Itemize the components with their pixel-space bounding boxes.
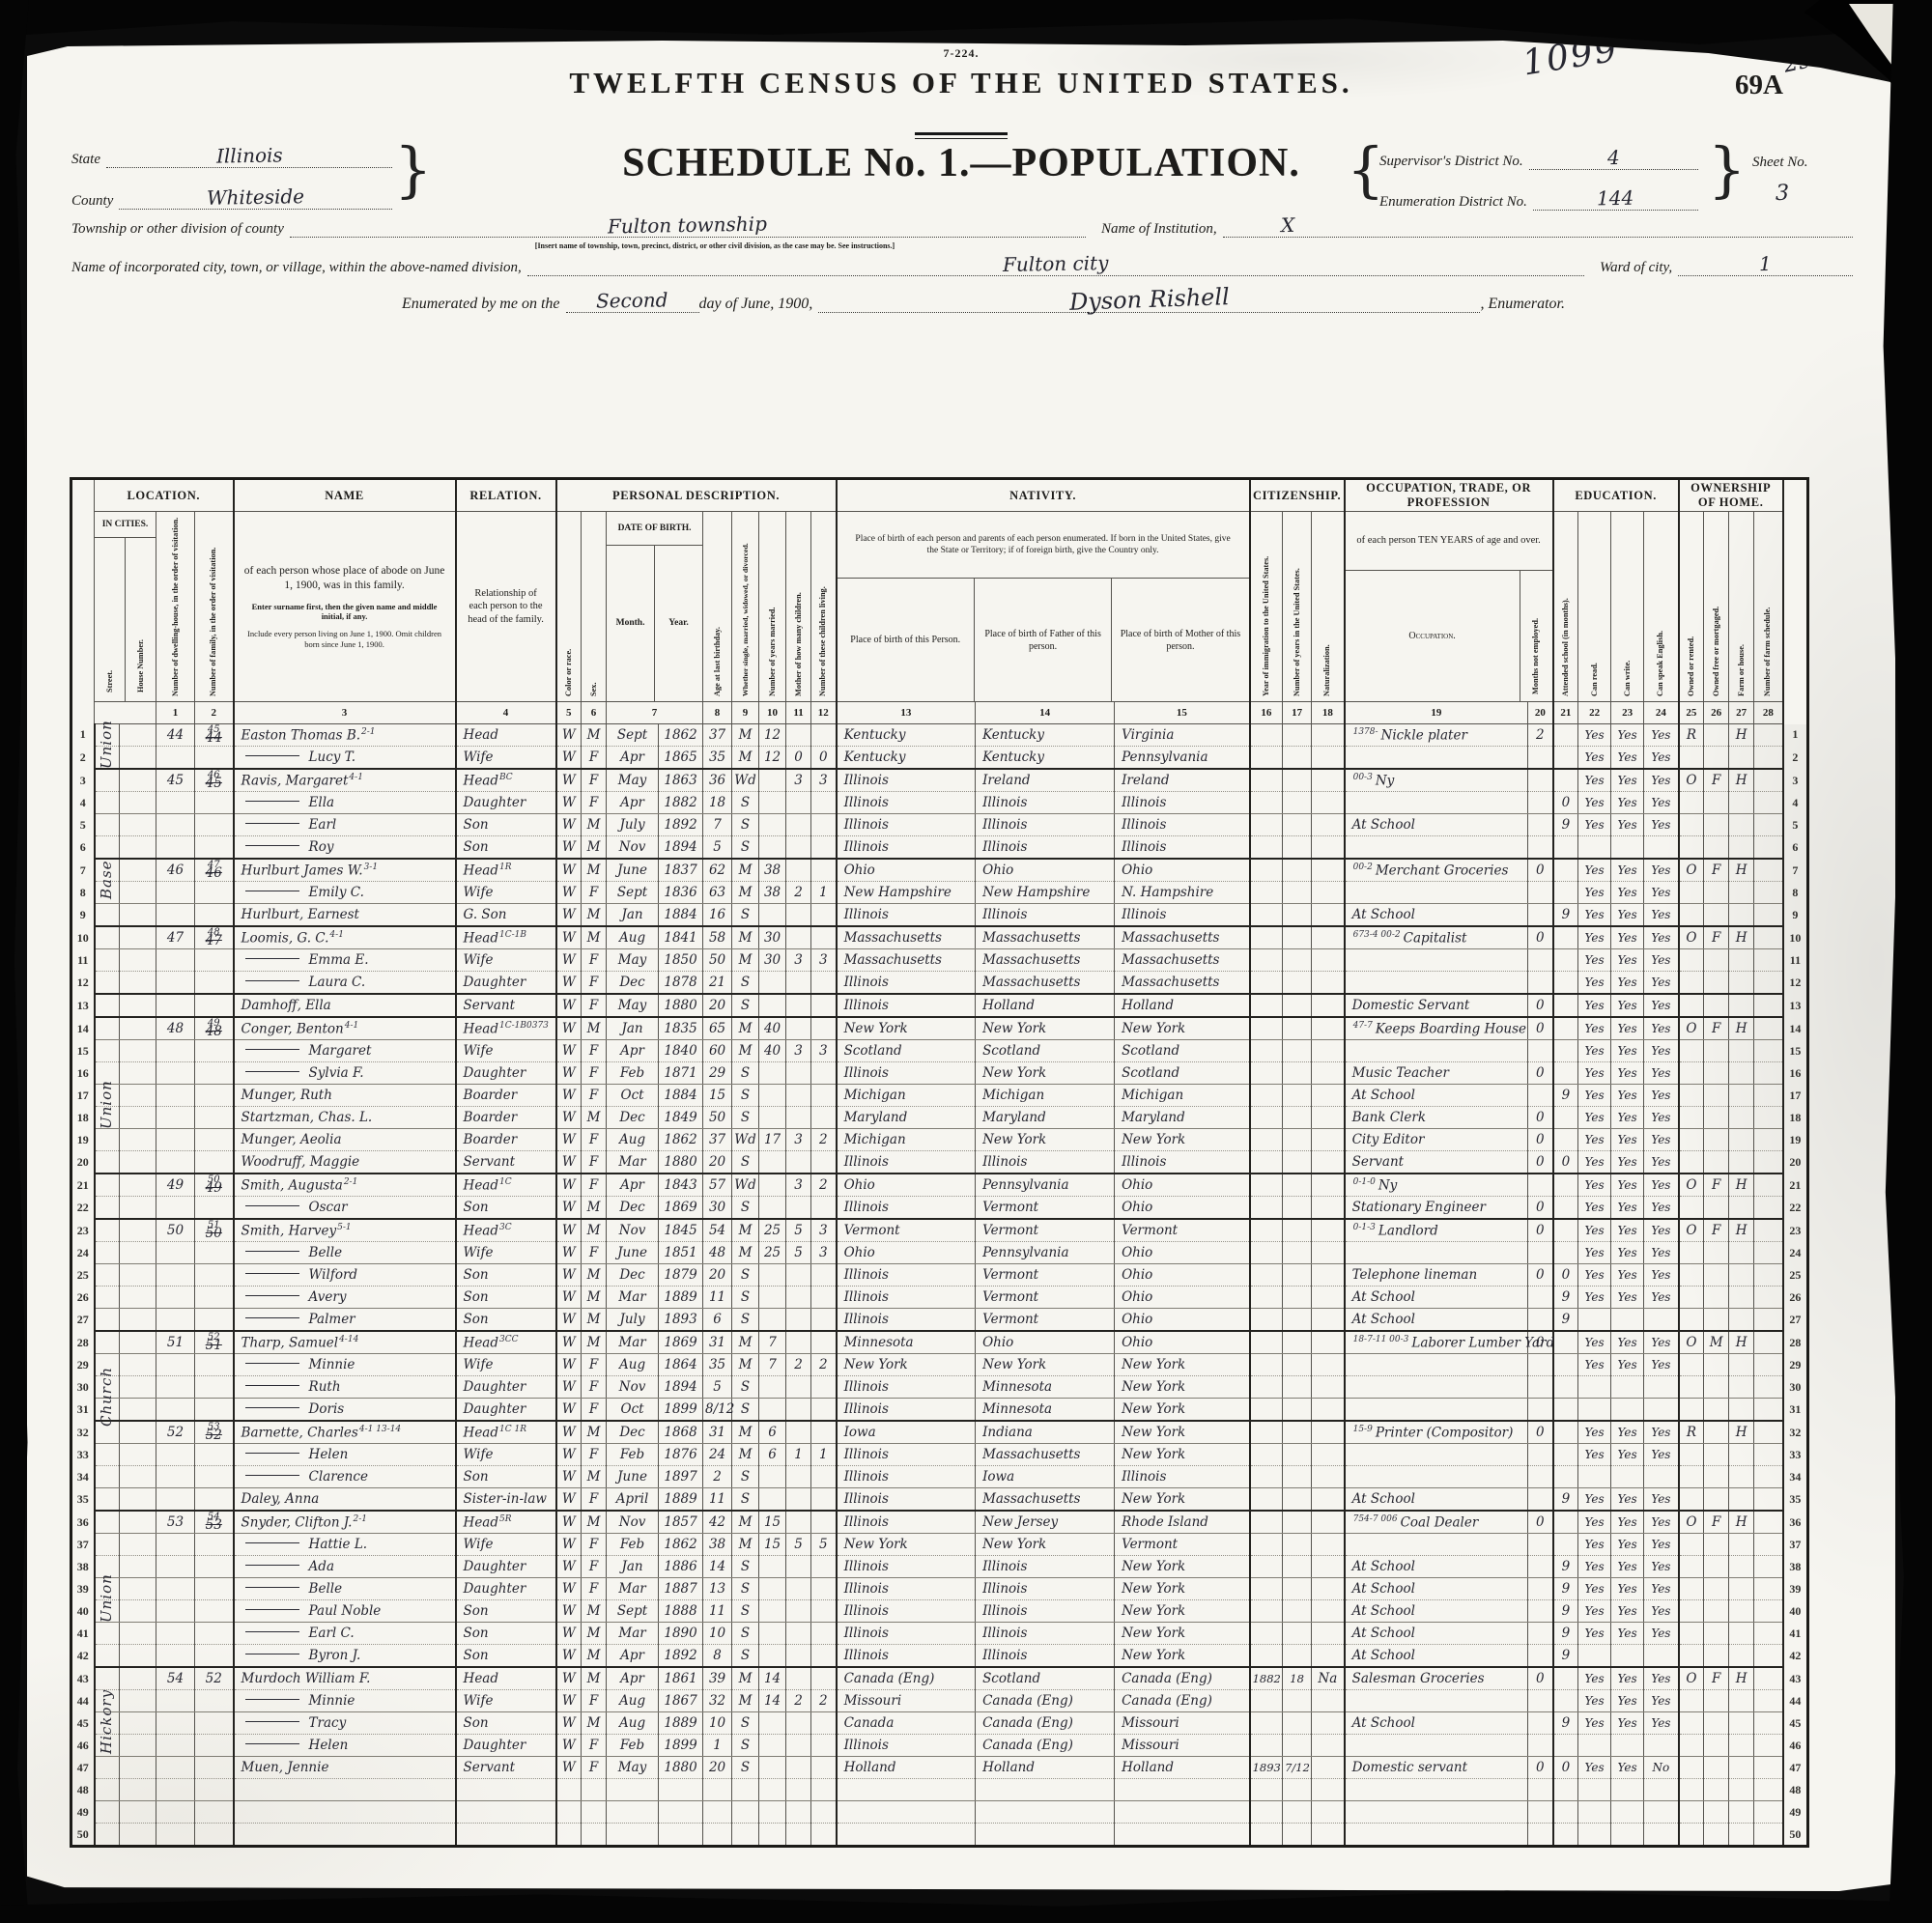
cell-birthplace-person: Scotland bbox=[837, 1040, 976, 1062]
cell-mother-of-children bbox=[786, 1623, 811, 1645]
cell-color-race: W bbox=[556, 769, 582, 792]
cell-row-number-left: 47 bbox=[71, 1757, 95, 1779]
cell-row-number-left: 38 bbox=[71, 1556, 95, 1578]
cell-birthplace-father: Vermont bbox=[976, 1219, 1115, 1242]
cell-family-number bbox=[195, 1264, 234, 1287]
cell-sex: M bbox=[582, 1421, 607, 1444]
cell-attended-school bbox=[1553, 1376, 1578, 1399]
cell-row-number-right: 14 bbox=[1783, 1017, 1808, 1040]
cell-dwelling-number bbox=[156, 1354, 195, 1376]
cell-farm-or-house bbox=[1729, 1242, 1754, 1264]
cell-can-write: Yes bbox=[1611, 904, 1644, 927]
cell-naturalization bbox=[1312, 1287, 1345, 1309]
cell-immigration-year bbox=[1250, 1824, 1283, 1847]
cell-birth-month: Apr bbox=[607, 1040, 659, 1062]
cell-age bbox=[703, 1779, 732, 1801]
cell-years-in-us bbox=[1283, 1466, 1312, 1488]
cell-years-married bbox=[759, 769, 786, 792]
cell-house-number bbox=[120, 926, 156, 949]
cell-children-living bbox=[811, 1197, 837, 1220]
cell-owned-free-mortgaged bbox=[1704, 1757, 1729, 1779]
cell-attended-school bbox=[1553, 1174, 1578, 1197]
cell-occupation bbox=[1345, 882, 1528, 904]
cell-name: Tharp, Samuel4-14 bbox=[234, 1331, 456, 1354]
cell-age: 14 bbox=[703, 1556, 732, 1578]
cell-birth-year: 1879 bbox=[659, 1264, 703, 1287]
empty-row-49: 4949 bbox=[71, 1801, 1808, 1824]
cell-row-number-right: 19 bbox=[1783, 1129, 1808, 1151]
cell-sex: M bbox=[582, 859, 607, 882]
cell-can-write: Yes bbox=[1611, 1219, 1644, 1242]
cell-years-in-us bbox=[1283, 724, 1312, 747]
cell-relation: Head5R bbox=[456, 1511, 556, 1534]
cell-house-number bbox=[120, 836, 156, 860]
cell-relation: Son bbox=[456, 1466, 556, 1488]
cell-occupation: At School bbox=[1345, 1488, 1528, 1512]
cell-name: Emma E. bbox=[234, 949, 456, 972]
cell-marital-status bbox=[732, 1801, 759, 1824]
ditto-dash bbox=[245, 755, 299, 756]
cell-birthplace-father: Canada (Eng) bbox=[976, 1735, 1115, 1757]
cell-attended-school: 9 bbox=[1553, 1287, 1578, 1309]
brace-glyph: } bbox=[1708, 141, 1746, 199]
cell-naturalization bbox=[1312, 994, 1345, 1017]
colnum-8: 8 bbox=[703, 702, 732, 724]
cell-street-cell bbox=[95, 1197, 120, 1220]
cell-immigration-year bbox=[1250, 1556, 1283, 1578]
cell-months-not-employed bbox=[1528, 1174, 1553, 1197]
person-row-33: 33HelenWifeWFFeb187624M611IllinoisMassac… bbox=[71, 1444, 1808, 1466]
cell-owned-rented bbox=[1679, 994, 1704, 1017]
cell-birthplace-person: Illinois bbox=[837, 1264, 976, 1287]
cell-row-number-left: 36 bbox=[71, 1511, 95, 1534]
cell-birthplace-father: Massachusetts bbox=[976, 1444, 1115, 1466]
cell-can-read: Yes bbox=[1578, 1107, 1611, 1129]
cell-birth-month: Dec bbox=[607, 1421, 659, 1444]
cell-can-speak-english: Yes bbox=[1644, 1354, 1679, 1376]
cell-can-read: Yes bbox=[1578, 1219, 1611, 1242]
page-title: TWELFTH CENSUS OF THE UNITED STATES. bbox=[27, 67, 1895, 99]
cell-sex: M bbox=[582, 1309, 607, 1332]
cell-immigration-year bbox=[1250, 949, 1283, 972]
cell-mother-of-children: 3 bbox=[786, 1040, 811, 1062]
cell-farm-or-house: H bbox=[1729, 1017, 1754, 1040]
colnum-4: 4 bbox=[456, 702, 556, 724]
cell-name: Smith, Augusta2-1 bbox=[234, 1174, 456, 1197]
cell-attended-school: 0 bbox=[1553, 792, 1578, 814]
cell-relation: Daughter bbox=[456, 1578, 556, 1600]
cell-years-in-us: 18 bbox=[1283, 1667, 1312, 1690]
cell-owned-free-mortgaged bbox=[1704, 1107, 1729, 1129]
cell-children-living bbox=[811, 1466, 837, 1488]
cell-attended-school bbox=[1553, 747, 1578, 770]
cell-attended-school bbox=[1553, 859, 1578, 882]
cell-house-number bbox=[120, 1623, 156, 1645]
cell-color-race: W bbox=[556, 1712, 582, 1735]
colnum-7: 7 bbox=[607, 702, 703, 724]
cell-can-speak-english: Yes bbox=[1644, 769, 1679, 792]
cell-relation: Wife bbox=[456, 747, 556, 770]
enumerated-by-field: Enumerated by me on the Second day of Ju… bbox=[402, 292, 1571, 313]
person-row-6: 6RoySonWMNov18945SIllinoisIllinoisIllino… bbox=[71, 836, 1808, 860]
cell-birth-month bbox=[607, 1801, 659, 1824]
cell-can-write bbox=[1611, 1376, 1644, 1399]
name-note-1: Enter surname first, then the given name… bbox=[244, 602, 445, 622]
person-row-5: 5EarlSonWMJuly18927SIllinoisIllinoisIlli… bbox=[71, 814, 1808, 836]
street-name-union: Union bbox=[94, 1016, 119, 1194]
cell-birthplace-mother: Ohio bbox=[1115, 1331, 1250, 1354]
cell-farm-or-house: H bbox=[1729, 1174, 1754, 1197]
cell-owned-rented bbox=[1679, 1040, 1704, 1062]
cell-birth-month: May bbox=[607, 769, 659, 792]
cell-row-number-left: 20 bbox=[71, 1151, 95, 1174]
person-row-43: 435452Murdoch William F.HeadWMApr186139M… bbox=[71, 1667, 1808, 1690]
cell-family-number: 5251 bbox=[195, 1331, 234, 1354]
cell-family-number bbox=[195, 1600, 234, 1623]
cell-birthplace-mother: New York bbox=[1115, 1623, 1250, 1645]
cell-owned-rented: O bbox=[1679, 1511, 1704, 1534]
cell-color-race: W bbox=[556, 1444, 582, 1466]
street-name-church: Church bbox=[94, 1330, 119, 1463]
cell-farm-or-house bbox=[1729, 1085, 1754, 1107]
cell-can-write: Yes bbox=[1611, 1354, 1644, 1376]
county-value: Whiteside bbox=[207, 189, 304, 205]
cell-farm-schedule bbox=[1754, 1107, 1783, 1129]
naturalization-column-label: Naturalization. bbox=[1312, 512, 1345, 702]
cell-months-not-employed: 0 bbox=[1528, 1017, 1553, 1040]
cell-street-cell bbox=[95, 1824, 120, 1847]
cell-name: Loomis, G. C.4-1 bbox=[234, 926, 456, 949]
cell-birthplace-father: Illinois bbox=[976, 1556, 1115, 1578]
cell-owned-rented bbox=[1679, 1556, 1704, 1578]
cell-can-speak-english: Yes bbox=[1644, 792, 1679, 814]
cell-age: 8/12 bbox=[703, 1399, 732, 1422]
person-row-41: 41Earl C.SonWMMar189010SIllinoisIllinois… bbox=[71, 1623, 1808, 1645]
cell-owned-rented: O bbox=[1679, 1667, 1704, 1690]
cell-color-race: W bbox=[556, 1578, 582, 1600]
cell-relation: Boarder bbox=[456, 1129, 556, 1151]
cell-naturalization bbox=[1312, 1107, 1345, 1129]
cell-naturalization bbox=[1312, 1757, 1345, 1779]
cell-sex: M bbox=[582, 814, 607, 836]
person-row-35: 35Daley, AnnaSister-in-lawWFApril188911S… bbox=[71, 1488, 1808, 1512]
cell-birthplace-father: Minnesota bbox=[976, 1399, 1115, 1422]
cell-months-not-employed bbox=[1528, 1040, 1553, 1062]
cell-relation: Head1C-1B0373 bbox=[456, 1017, 556, 1040]
person-row-40: 40Paul NobleSonWMSept188811SIllinoisIlli… bbox=[71, 1600, 1808, 1623]
cell-occupation: At School bbox=[1345, 1578, 1528, 1600]
cell-farm-or-house bbox=[1729, 1578, 1754, 1600]
cell-farm-schedule bbox=[1754, 926, 1783, 949]
cell-can-speak-english bbox=[1644, 1399, 1679, 1422]
cell-row-number-right: 7 bbox=[1783, 859, 1808, 882]
cell-farm-or-house: H bbox=[1729, 1667, 1754, 1690]
cell-immigration-year: 1882 bbox=[1250, 1667, 1283, 1690]
cell-color-race: W bbox=[556, 994, 582, 1017]
cell-can-read: Yes bbox=[1578, 1197, 1611, 1220]
cell-months-not-employed bbox=[1528, 1444, 1553, 1466]
cell-dwelling-number bbox=[156, 1444, 195, 1466]
header-in-cities: IN CITIES. Street. House Number. bbox=[95, 512, 156, 702]
cell-naturalization bbox=[1312, 1824, 1345, 1847]
cell-age: 37 bbox=[703, 1129, 732, 1151]
cell-farm-or-house bbox=[1729, 1129, 1754, 1151]
can-speak-english-column-label: Can speak English. bbox=[1644, 512, 1679, 702]
cell-mother-of-children bbox=[786, 1667, 811, 1690]
cell-birthplace-father: New Hampshire bbox=[976, 882, 1115, 904]
cell-owned-free-mortgaged bbox=[1704, 904, 1729, 927]
cell-farm-or-house bbox=[1729, 836, 1754, 860]
cell-birth-month: Jan bbox=[607, 904, 659, 927]
cell-attended-school bbox=[1553, 926, 1578, 949]
cell-dwelling-number bbox=[156, 1264, 195, 1287]
cell-occupation bbox=[1345, 972, 1528, 995]
cell-color-race: W bbox=[556, 1331, 582, 1354]
cell-birthplace-father: New York bbox=[976, 1017, 1115, 1040]
cell-row-number-left: 30 bbox=[71, 1376, 95, 1399]
cell-farm-schedule bbox=[1754, 1645, 1783, 1668]
cell-name: Belle bbox=[234, 1242, 456, 1264]
cell-children-living bbox=[811, 1667, 837, 1690]
cell-can-write: Yes bbox=[1611, 769, 1644, 792]
cell-house-number bbox=[120, 859, 156, 882]
cell-birthplace-person: Illinois bbox=[837, 1488, 976, 1512]
cell-birthplace-mother: New York bbox=[1115, 1421, 1250, 1444]
cell-months-not-employed: 2 bbox=[1528, 724, 1553, 747]
person-row-4: 4EllaDaughterWFApr188218SIllinoisIllinoi… bbox=[71, 792, 1808, 814]
cell-sex: M bbox=[582, 1107, 607, 1129]
cell-months-not-employed bbox=[1528, 1376, 1553, 1399]
cell-birthplace-person: Holland bbox=[837, 1757, 976, 1779]
cell-farm-or-house bbox=[1729, 1040, 1754, 1062]
cell-dwelling-number bbox=[156, 1735, 195, 1757]
cell-family-number bbox=[195, 1578, 234, 1600]
cell-immigration-year bbox=[1250, 994, 1283, 1017]
cell-row-number-right: 44 bbox=[1783, 1690, 1808, 1712]
cell-name: Hattie L. bbox=[234, 1534, 456, 1556]
cell-birth-year: 1837 bbox=[659, 859, 703, 882]
nativity-description: Place of birth of each person and parent… bbox=[838, 512, 1249, 579]
cell-attended-school bbox=[1553, 1399, 1578, 1422]
cell-can-read bbox=[1578, 1779, 1611, 1801]
cell-color-race: W bbox=[556, 972, 582, 995]
cell-birthplace-mother: Massachusetts bbox=[1115, 972, 1250, 995]
enumeration-district-field: Enumeration District No. 144 bbox=[1379, 191, 1698, 211]
cell-birthplace-person: Iowa bbox=[837, 1421, 976, 1444]
cell-name: Hurlburt James W.3-1 bbox=[234, 859, 456, 882]
cell-family-number: 4544 bbox=[195, 724, 234, 747]
cell-children-living bbox=[811, 1645, 837, 1668]
cell-farm-or-house: H bbox=[1729, 1331, 1754, 1354]
cell-birth-month: Nov bbox=[607, 1511, 659, 1534]
cell-mother-of-children bbox=[786, 1824, 811, 1847]
cell-dwelling-number: 54 bbox=[156, 1667, 195, 1690]
cell-relation: Wife bbox=[456, 1690, 556, 1712]
cell-mother-of-children bbox=[786, 859, 811, 882]
cell-farm-schedule bbox=[1754, 1757, 1783, 1779]
cell-owned-free-mortgaged bbox=[1704, 1690, 1729, 1712]
cell-birthplace-mother bbox=[1115, 1801, 1250, 1824]
cell-age: 7 bbox=[703, 814, 732, 836]
cell-birthplace-father: New York bbox=[976, 1062, 1115, 1085]
cell-can-write: Yes bbox=[1611, 1690, 1644, 1712]
cell-farm-schedule bbox=[1754, 949, 1783, 972]
cell-birth-year: 1864 bbox=[659, 1354, 703, 1376]
cell-years-married: 25 bbox=[759, 1219, 786, 1242]
cell-farm-schedule bbox=[1754, 1623, 1783, 1645]
cell-immigration-year bbox=[1250, 859, 1283, 882]
cell-farm-or-house bbox=[1729, 1399, 1754, 1422]
cell-occupation bbox=[1345, 1399, 1528, 1422]
cell-street-cell bbox=[95, 792, 120, 814]
cell-owned-free-mortgaged: F bbox=[1704, 926, 1729, 949]
cell-years-married: 12 bbox=[759, 747, 786, 770]
cell-years-married bbox=[759, 1757, 786, 1779]
cell-family-number bbox=[195, 882, 234, 904]
cell-owned-rented bbox=[1679, 1466, 1704, 1488]
cell-months-not-employed: 0 bbox=[1528, 1219, 1553, 1242]
cell-mother-of-children bbox=[786, 792, 811, 814]
cell-relation: Daughter bbox=[456, 1735, 556, 1757]
cell-occupation bbox=[1345, 1444, 1528, 1466]
cell-owned-rented bbox=[1679, 1712, 1704, 1735]
cell-occupation: Servant bbox=[1345, 1151, 1528, 1174]
cell-naturalization bbox=[1312, 814, 1345, 836]
cell-naturalization bbox=[1312, 1801, 1345, 1824]
cell-row-number-right: 10 bbox=[1783, 926, 1808, 949]
cell-occupation bbox=[1345, 1690, 1528, 1712]
cell-name: Clarence bbox=[234, 1466, 456, 1488]
institution-value: X bbox=[1280, 218, 1293, 232]
cell-family-number bbox=[195, 949, 234, 972]
cell-relation: Wife bbox=[456, 1040, 556, 1062]
cell-can-read: Yes bbox=[1578, 1623, 1611, 1645]
cell-years-in-us bbox=[1283, 1309, 1312, 1332]
cell-can-read: Yes bbox=[1578, 1421, 1611, 1444]
scan-edge-left bbox=[0, 0, 29, 1923]
cell-relation: Son bbox=[456, 1600, 556, 1623]
cell-house-number bbox=[120, 1779, 156, 1801]
enumerated-day-value: Second bbox=[596, 293, 668, 307]
cell-years-married: 7 bbox=[759, 1354, 786, 1376]
cell-years-in-us bbox=[1283, 1488, 1312, 1512]
cell-children-living bbox=[811, 859, 837, 882]
cell-farm-schedule bbox=[1754, 1040, 1783, 1062]
cell-farm-or-house bbox=[1729, 1600, 1754, 1623]
cell-sex: F bbox=[582, 1488, 607, 1512]
cell-birthplace-person: Illinois bbox=[837, 1735, 976, 1757]
cell-birthplace-person: Michigan bbox=[837, 1129, 976, 1151]
cell-row-number-left: 1 bbox=[71, 724, 95, 747]
cell-birthplace-father: Kentucky bbox=[976, 747, 1115, 770]
cell-owned-free-mortgaged bbox=[1704, 1801, 1729, 1824]
cell-children-living bbox=[811, 1488, 837, 1512]
cell-mother-of-children: 5 bbox=[786, 1534, 811, 1556]
cell-years-in-us bbox=[1283, 1623, 1312, 1645]
cell-can-write: Yes bbox=[1611, 1623, 1644, 1645]
cell-birthplace-father: Illinois bbox=[976, 1623, 1115, 1645]
cell-house-number bbox=[120, 1690, 156, 1712]
cell-farm-or-house bbox=[1729, 994, 1754, 1017]
cell-years-married: 6 bbox=[759, 1421, 786, 1444]
cell-years-in-us bbox=[1283, 1376, 1312, 1399]
cell-relation bbox=[456, 1824, 556, 1847]
cell-birthplace-person: Michigan bbox=[837, 1085, 976, 1107]
cell-can-speak-english: Yes bbox=[1644, 949, 1679, 972]
census-scan: 7-224. TWELFTH CENSUS OF THE UNITED STAT… bbox=[0, 0, 1932, 1923]
cell-birth-year: 1897 bbox=[659, 1466, 703, 1488]
dob-label: DATE OF BIRTH. bbox=[607, 512, 702, 546]
cell-row-number-left: 12 bbox=[71, 972, 95, 995]
cell-attended-school bbox=[1553, 1690, 1578, 1712]
cell-occupation bbox=[1345, 1534, 1528, 1556]
cell-farm-or-house bbox=[1729, 1623, 1754, 1645]
cell-years-in-us: 7/12 bbox=[1283, 1757, 1312, 1779]
cell-birth-month: Oct bbox=[607, 1085, 659, 1107]
cell-can-write: Yes bbox=[1611, 1062, 1644, 1085]
cell-age: 11 bbox=[703, 1488, 732, 1512]
cell-dwelling-number bbox=[156, 814, 195, 836]
cell-farm-schedule bbox=[1754, 1287, 1783, 1309]
person-row-44: 44MinnieWifeWFAug186732M1422MissouriCana… bbox=[71, 1690, 1808, 1712]
cell-house-number bbox=[120, 1242, 156, 1264]
cell-birth-month: Dec bbox=[607, 1197, 659, 1220]
cell-birth-year: 1880 bbox=[659, 1757, 703, 1779]
cell-row-number-left: 43 bbox=[71, 1667, 95, 1690]
cell-mother-of-children: 2 bbox=[786, 1354, 811, 1376]
cell-sex: F bbox=[582, 1129, 607, 1151]
cell-occupation: 754-7 006Coal Dealer bbox=[1345, 1511, 1528, 1534]
cell-name: Sylvia F. bbox=[234, 1062, 456, 1085]
cell-row-number-left: 49 bbox=[71, 1801, 95, 1824]
cell-can-read bbox=[1578, 1309, 1611, 1332]
cell-dwelling-number bbox=[156, 1757, 195, 1779]
cell-birthplace-person: Canada bbox=[837, 1712, 976, 1735]
cell-row-number-left: 9 bbox=[71, 904, 95, 927]
cell-relation: Wife bbox=[456, 949, 556, 972]
cell-age: 16 bbox=[703, 904, 732, 927]
cell-mother-of-children bbox=[786, 1062, 811, 1085]
cell-age: 6 bbox=[703, 1309, 732, 1332]
cell-attended-school: 9 bbox=[1553, 1712, 1578, 1735]
cell-birth-month: Jan bbox=[607, 1556, 659, 1578]
cell-can-speak-english bbox=[1644, 1309, 1679, 1332]
cell-color-race: W bbox=[556, 1421, 582, 1444]
colnum-15: 15 bbox=[1115, 702, 1250, 724]
cell-owned-free-mortgaged: F bbox=[1704, 1174, 1729, 1197]
cell-farm-schedule bbox=[1754, 1444, 1783, 1466]
cell-owned-rented: O bbox=[1679, 1017, 1704, 1040]
cell-birthplace-mother: Ohio bbox=[1115, 1242, 1250, 1264]
cell-occupation: At School bbox=[1345, 1712, 1528, 1735]
cell-can-speak-english: Yes bbox=[1644, 904, 1679, 927]
cell-mother-of-children bbox=[786, 1287, 811, 1309]
cell-sex: M bbox=[582, 836, 607, 860]
cell-children-living bbox=[811, 814, 837, 836]
cell-can-read: Yes bbox=[1578, 1578, 1611, 1600]
cell-owned-rented bbox=[1679, 1242, 1704, 1264]
header-nativity: NATIVITY. bbox=[837, 479, 1250, 512]
cell-marital-status: S bbox=[732, 1151, 759, 1174]
cell-birth-year: 1884 bbox=[659, 1085, 703, 1107]
cell-row-number-right: 22 bbox=[1783, 1197, 1808, 1220]
pob-father-label: Place of birth of Father of this person. bbox=[974, 579, 1111, 701]
cell-attended-school bbox=[1553, 1197, 1578, 1220]
cell-house-number bbox=[120, 1466, 156, 1488]
cell-house-number bbox=[120, 1197, 156, 1220]
cell-can-read: Yes bbox=[1578, 1062, 1611, 1085]
children-living-column-label: Number of these children living. bbox=[811, 512, 837, 702]
